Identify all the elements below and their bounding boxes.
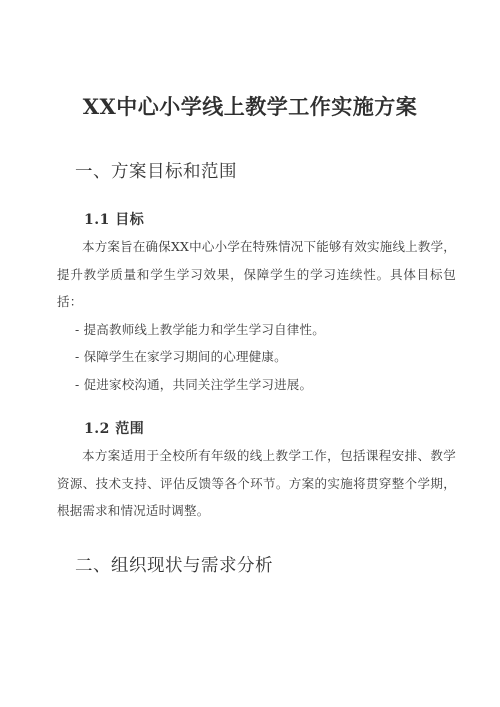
document-page: XX中心小学线上教学工作实施方案 一、方案目标和范围 1.1 目标 本方案旨在确… — [0, 0, 500, 707]
bullet-item: - 促进家校沟通，共同关注学生学习进展。 — [75, 371, 456, 399]
subsection-1-1-paragraph: 本方案旨在确保XX中心小学在特殊情况下能够有效实施线上教学，提升教学质量和学生学… — [57, 233, 456, 316]
document-title: XX中心小学线上教学工作实施方案 — [44, 93, 456, 120]
subsection-1-2-heading: 1.2 范围 — [84, 419, 456, 439]
bullet-item: - 保障学生在家学习期间的心理健康。 — [75, 343, 456, 371]
subsection-1-1-heading: 1.1 目标 — [84, 210, 456, 230]
goal-bullet-list: - 提高教师线上教学能力和学生学习自律性。 - 保障学生在家学习期间的心理健康。… — [57, 316, 456, 399]
subsection-1-2-paragraph: 本方案适用于全校所有年级的线上教学工作，包括课程安排、教学资源、技术支持、评估反… — [57, 442, 456, 525]
bullet-item: - 提高教师线上教学能力和学生学习自律性。 — [75, 316, 456, 344]
section-1-heading: 一、方案目标和范围 — [75, 160, 456, 184]
section-2-heading: 二、组织现状与需求分析 — [75, 554, 456, 578]
